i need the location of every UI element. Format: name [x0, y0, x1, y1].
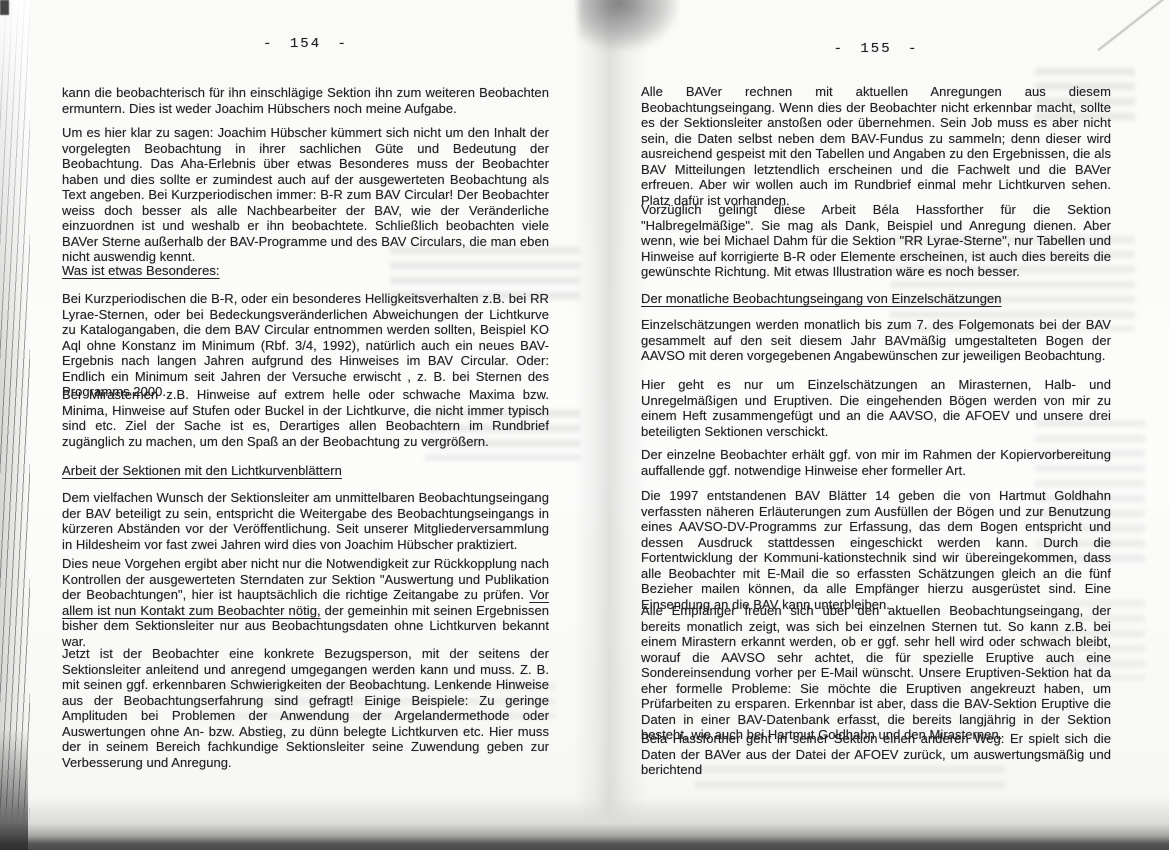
section-heading-arbeit-der-sektionen: Arbeit der Sektionen mit den Lichtkurven…: [62, 463, 549, 479]
paragraph: Dem vielfachen Wunsch der Sektionsleiter…: [62, 490, 549, 552]
paragraph: Hier geht es nur um Einzelschätzungen an…: [641, 377, 1111, 439]
paragraph: Um es hier klar zu sagen: Joachim Hübsch…: [62, 125, 549, 265]
paragraph-text: Dies neue Vorgehen ergibt aber nicht nur…: [62, 556, 549, 602]
paragraph: Der einzelne Beobachter erhält ggf. von …: [641, 447, 1111, 478]
paragraph: Vorzüglich gelingt diese Arbeit Béla Has…: [641, 202, 1111, 280]
paragraph: Alle BAVer rechnen mit aktuellen Anregun…: [641, 84, 1111, 208]
scan-corner-notch: [0, 0, 9, 15]
paragraph: Bei Mirasternen z.B. Hinweise auf extrem…: [62, 387, 549, 449]
paragraph: Béla Hassforther geht in seiner Sektion …: [641, 731, 1111, 778]
paragraph: Bei Kurzperiodischen die B-R, oder ein b…: [62, 291, 549, 400]
paragraph: Jetzt ist der Beobachter eine konkrete B…: [62, 646, 549, 770]
scan-bottom-left-shadow: [0, 730, 28, 850]
page-155: - 155 - Alle BAVer rechnen mit aktuellen…: [641, 0, 1111, 850]
paragraph: kann die beobachterisch für ihn einschlä…: [62, 85, 549, 116]
paragraph: Die 1997 entstandenen BAV Blätter 14 geb…: [641, 488, 1111, 612]
paragraph: Einzelschätzungen werden monatlich bis z…: [641, 317, 1111, 364]
page-154: - 154 - kann die beobachterisch für ihn …: [62, 0, 549, 850]
page-number-155: - 155 -: [641, 41, 1111, 57]
paragraph: Alle Empfänger freuen sich über den aktu…: [641, 603, 1111, 743]
page-number-154: - 154 -: [62, 36, 549, 52]
section-heading-was-ist-etwas-besonderes: Was ist etwas Besonderes:: [62, 263, 549, 279]
book-gutter-shadow: [574, 0, 648, 850]
section-heading-monatlicher-beobachtungseingang: Der monatliche Beobachtungseingang von E…: [641, 291, 1111, 307]
paragraph-with-underline: Dies neue Vorgehen ergibt aber nicht nur…: [62, 556, 549, 649]
book-page-edges: [0, 0, 30, 850]
scanned-book-spread: - 154 - kann die beobachterisch für ihn …: [0, 0, 1169, 850]
